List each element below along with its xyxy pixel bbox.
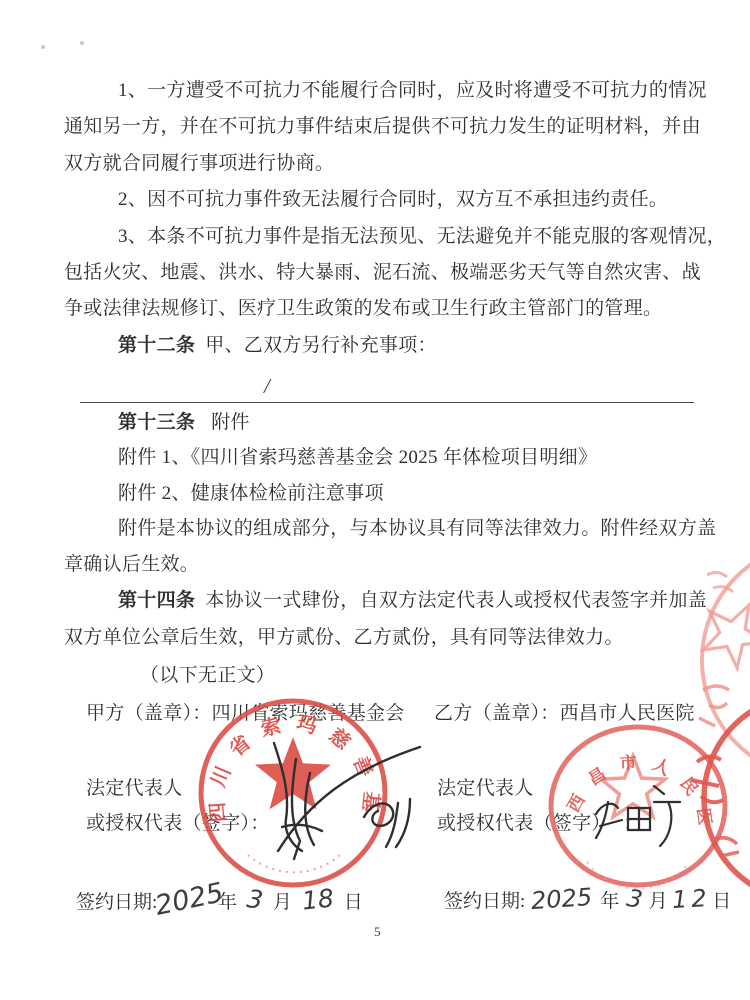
- article13-line: 第十三条附件: [118, 413, 250, 432]
- seal-ring: [201, 701, 385, 885]
- party-b-date-line: 签约日期: 2025 年 3 月 12 日: [444, 886, 731, 913]
- article13-label: 第十三条: [118, 412, 195, 433]
- party-b-date-label: 签约日期:: [444, 886, 525, 913]
- party-b-rep-label: 法定代表人: [437, 779, 534, 798]
- party-a-date-label: 签约日期:: [76, 887, 157, 914]
- seal-star-icon: [255, 737, 331, 809]
- party-b-label: 乙方（盖章）：: [434, 703, 560, 724]
- clause1-line2: 通知另一方，并在不可抗力事件结束后提供不可抗力发生的证明材料，并由: [64, 117, 701, 136]
- party-a-date-day-handwritten: 18: [301, 885, 335, 913]
- party-a-date-month-handwritten: 3: [245, 886, 264, 913]
- clause3-line3: 争或法律法规修订、医疗卫生政策的发布或卫生行政主管部门的管理。: [64, 299, 662, 318]
- clause1-line1: 1、一方遭受不可抗力不能履行合同时，应及时将遭受不可抗力的情况: [118, 81, 707, 100]
- scan-speck: [41, 45, 45, 49]
- clause3-line2: 包括火灾、地震、洪水、特大暴雨、泥石流、极端恶劣天气等自然灾害、战: [64, 263, 701, 282]
- attachment-note-line1: 附件是本协议的组成部分，与本协议具有同等法律效力。附件经双方盖: [118, 519, 716, 538]
- party-a-sign-label: 或授权代表（签字）：: [86, 814, 270, 833]
- page-number: 5: [374, 924, 381, 940]
- seal-ring: [551, 727, 725, 885]
- article14-line1: 第十四条本协议一式肆份，自双方法定代表人或授权代表签字并加盖: [118, 591, 707, 610]
- party-a-date-year-handwritten: 2025: [153, 879, 226, 920]
- edge-seal-glyph-marks: [699, 686, 729, 726]
- blank-fill-line: [80, 402, 694, 403]
- edge-seal-glyph-marks: [713, 838, 739, 856]
- seal-star-outline-icon: [601, 756, 665, 817]
- closing-line: （以下无正文）: [140, 666, 275, 685]
- party-a-label: 甲方（盖章）：: [86, 703, 212, 724]
- article13-text: 附件: [211, 412, 250, 433]
- edge-seal-ring-light: [702, 542, 750, 778]
- year-unit: 年: [600, 886, 619, 913]
- party-a-line: 甲方（盖章）：四川省索玛慈善基金会: [86, 704, 405, 723]
- party-b-seal-stamp: 西昌市人民医院: [545, 722, 735, 890]
- clause1-line3: 双方就合同履行事项进行协商。: [64, 154, 334, 173]
- party-b-date-month-handwritten: 3: [625, 886, 644, 912]
- clause2-line: 2、因不可抗力事件致无法履行合同时，双方互不承担违约责任。: [118, 190, 668, 209]
- party-a-seal-stamp: 四川省索玛慈善基金会: [193, 695, 395, 893]
- month-unit: 月: [649, 886, 668, 913]
- day-unit: 日: [344, 887, 363, 914]
- party-b-name: 西昌市人民医院: [560, 703, 695, 724]
- attachment-note-line2: 章确认后生效。: [64, 555, 199, 574]
- article14-text1: 本协议一式肆份，自双方法定代表人或授权代表签字并加盖: [205, 590, 707, 611]
- article12-label: 第十二条: [118, 335, 195, 356]
- edge-seal-glyph-marks: [707, 572, 733, 592]
- article14-line2: 双方单位公章后生效，甲方贰份、乙方贰份，具有同等法律效力。: [64, 628, 624, 647]
- edge-seal-ring-dark: [704, 695, 750, 900]
- article14-label: 第十四条: [118, 590, 195, 611]
- party-b-date-day-handwritten: 12: [671, 886, 711, 912]
- party-a-name: 四川省索玛慈善基金会: [212, 703, 405, 724]
- day-unit: 日: [712, 886, 731, 913]
- party-a-rep-label: 法定代表人: [86, 779, 183, 798]
- party-a-date-line: 签约日期: 2025 年 3 月 18 日: [76, 886, 363, 914]
- party-b-sign-label: 或授权代表（签字）: [437, 813, 601, 834]
- clause3-line1: 3、本条不可抗力事件是指无法预见、无法避免并不能克服的客观情况，: [118, 227, 726, 246]
- edge-seal-glyph-marks: [691, 756, 723, 802]
- party-b-sign-line: 或授权代表（签字）：: [437, 814, 643, 833]
- article12-text: 甲、乙双方另行补充事项：: [205, 335, 437, 356]
- scan-speck: [80, 41, 84, 45]
- blank-fill-slash: /: [264, 374, 270, 399]
- article12-line: 第十二条甲、乙双方另行补充事项：: [118, 336, 437, 355]
- seal-bottom-marks: [248, 855, 340, 872]
- party-b-line: 乙方（盖章）：西昌市人民医院: [434, 704, 695, 723]
- contract-scan-page: 1、一方遭受不可抗力不能履行合同时，应及时将遭受不可抗力的情况 通知另一方，并在…: [0, 0, 750, 1000]
- month-unit: 月: [273, 887, 292, 914]
- party-a-handwritten-signature: [252, 733, 432, 871]
- attachment1-line: 附件 1、《四川省索玛慈善基金会 2025 年体检项目明细》: [118, 448, 597, 467]
- party-b-date-year-handwritten: 2025: [531, 885, 594, 913]
- party-b-sign-colon: ：: [623, 813, 642, 834]
- attachment2-line: 附件 2、健康体检检前注意事项: [118, 484, 384, 503]
